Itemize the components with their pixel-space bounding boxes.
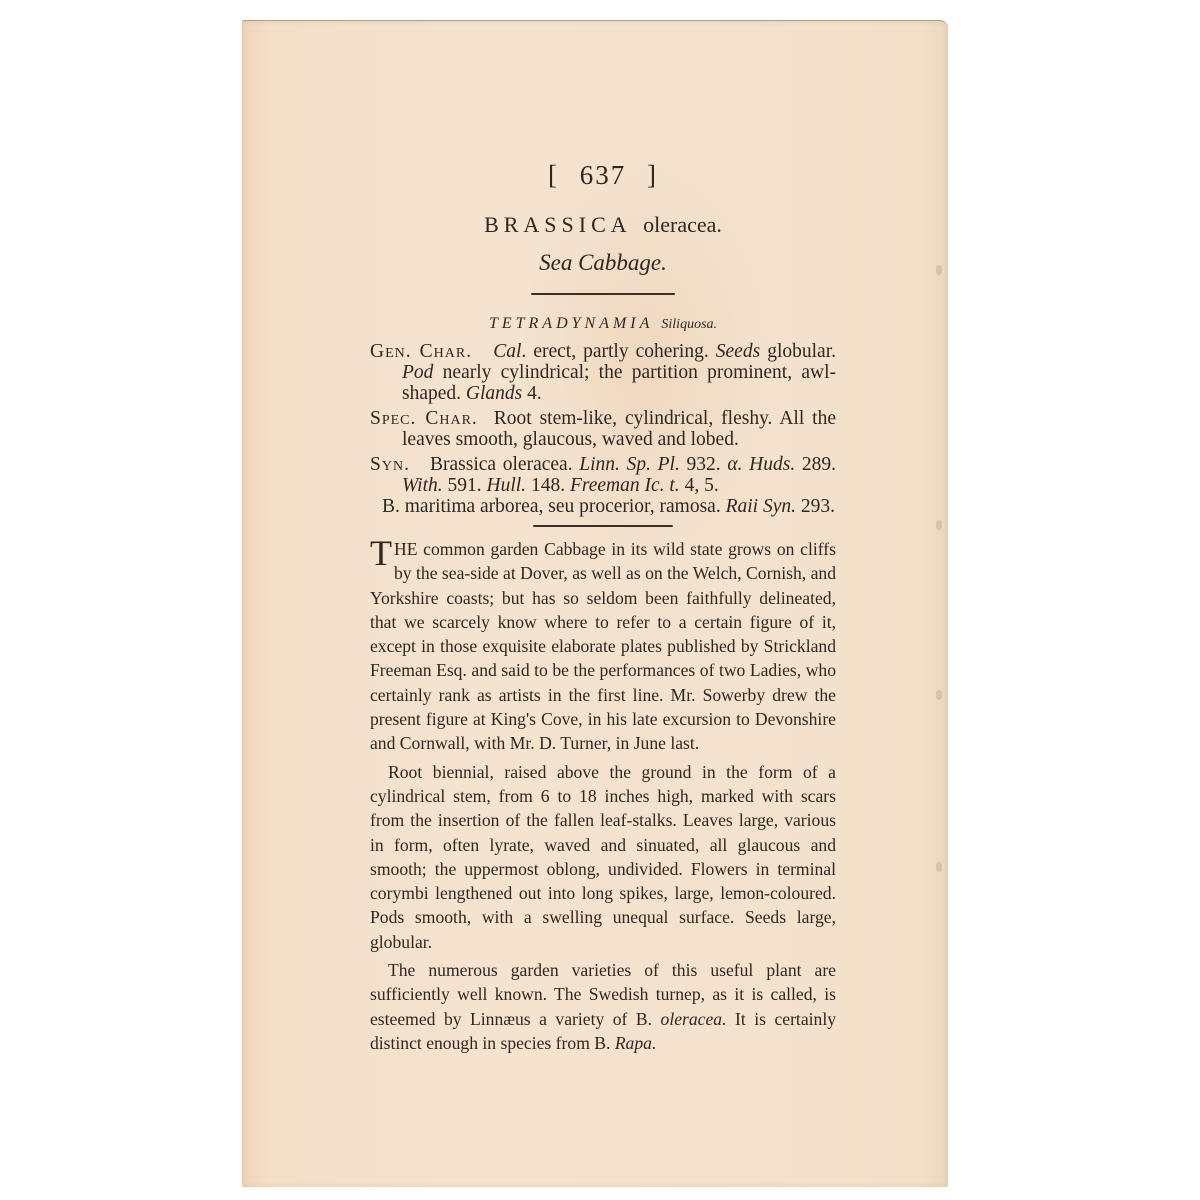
binding-hole: [936, 265, 942, 275]
paragraph-text: HE common garden Cabbage in its wild sta…: [370, 539, 836, 753]
syn-label: Syn.: [370, 454, 410, 475]
class-name: TETRADYNAMIA: [489, 315, 653, 332]
specific-character: Spec. Char. Root stem-like, cylindrical,…: [370, 408, 836, 450]
binding-hole: [936, 690, 942, 700]
divider-rule: [533, 525, 673, 527]
order-name: Siliquosa.: [661, 317, 717, 332]
page-content: [ 637 ] BRASSICA oleracea. Sea Cabbage. …: [370, 160, 836, 1055]
divider-rule: [531, 293, 675, 295]
synonymy-sub: B. maritima arborea, seu procerior, ramo…: [370, 496, 836, 517]
syn-text: Brassica oleracea. Linn. Sp. Pl. 932. α.…: [402, 454, 836, 496]
common-name: Sea Cabbage.: [370, 250, 836, 280]
species-name: oleracea.: [643, 212, 722, 237]
body-text: T HE common garden Cabbage in its wild s…: [370, 537, 836, 1055]
binding-hole: [936, 862, 942, 872]
paragraph-text: Root biennial, raised above the ground i…: [370, 762, 836, 952]
paragraph: T HE common garden Cabbage in its wild s…: [370, 537, 836, 756]
spec-char-label: Spec. Char.: [370, 408, 478, 429]
page-title: BRASSICA oleracea.: [370, 212, 836, 242]
characters-block: Gen. Char. Cal. erect, partly cohering. …: [370, 341, 836, 517]
drop-cap: T: [370, 539, 392, 567]
generic-character: Gen. Char. Cal. erect, partly cohering. …: [370, 341, 836, 404]
binding-hole: [936, 520, 942, 530]
syn-sub-text: B. maritima arborea, seu procerior, ramo…: [382, 496, 835, 517]
gen-char-label: Gen. Char.: [370, 341, 472, 362]
paragraph-text: The numerous garden varieties of this us…: [370, 960, 836, 1053]
page-number: [ 637 ]: [370, 160, 836, 198]
paragraph: Root biennial, raised above the ground i…: [370, 760, 836, 954]
genus-name: BRASSICA: [484, 212, 632, 237]
synonymy: Syn. Brassica oleracea. Linn. Sp. Pl. 93…: [370, 454, 836, 496]
paragraph: The numerous garden varieties of this us…: [370, 958, 836, 1055]
classification: TETRADYNAMIA Siliquosa.: [370, 315, 836, 335]
